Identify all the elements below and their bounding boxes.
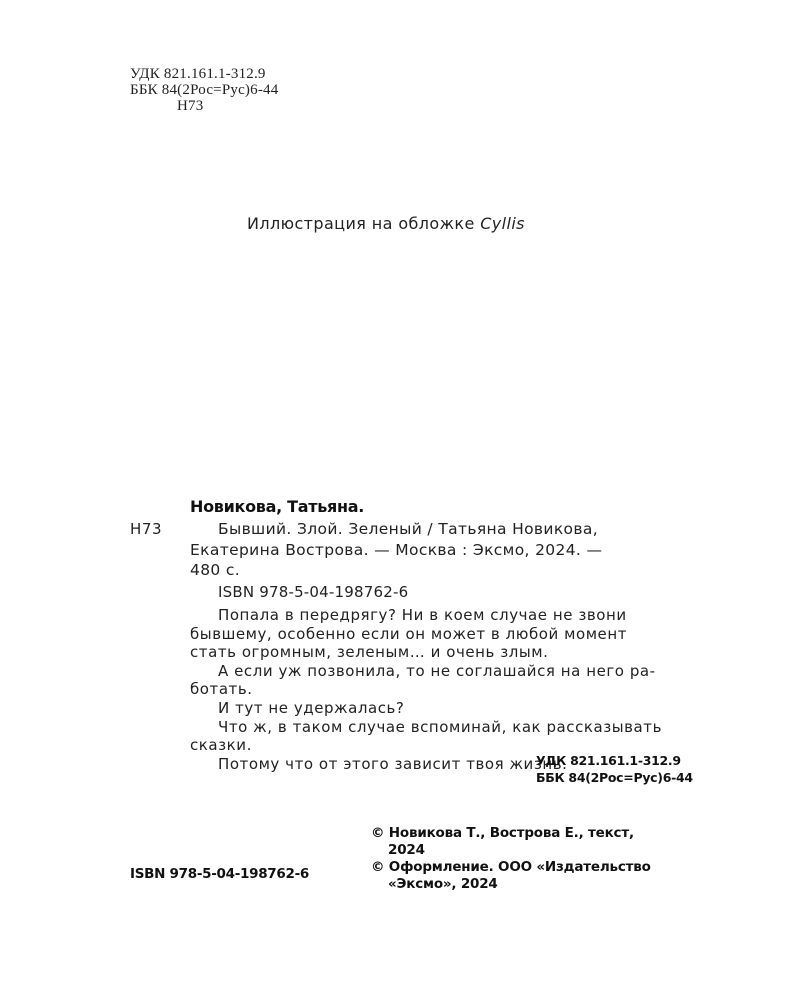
annotation-text: Попала в передрягу? Ни в коем случае не … bbox=[190, 606, 720, 773]
bib-line: 480 с. bbox=[190, 560, 720, 581]
bbk-code: ББК 84(2Рос=Рус)6-44 bbox=[130, 82, 278, 98]
author-heading: Новикова, Татьяна. bbox=[190, 497, 364, 516]
isbn-bottom: ISBN 978-5-04-198762-6 bbox=[130, 866, 309, 882]
entry-cutter-code: Н73 bbox=[130, 520, 162, 538]
copyright-block: © Новикова Т., Вострова Е., текст,2024© … bbox=[371, 825, 651, 893]
copyright-line: 2024 bbox=[371, 842, 651, 859]
bibliographic-description: Бывший. Злой. Зеленый / Татьяна Новикова… bbox=[190, 519, 720, 581]
annotation-line: И тут не удержалась? bbox=[190, 699, 720, 718]
annotation-line: ботать. bbox=[190, 680, 720, 699]
bib-line: Бывший. Злой. Зеленый / Татьяна Новикова… bbox=[190, 519, 720, 540]
copyright-line: «Эксмо», 2024 bbox=[371, 876, 651, 893]
annotation-line: бывшему, особенно если он может в любой … bbox=[190, 625, 720, 644]
copyright-line: © Оформление. ООО «Издательство bbox=[371, 859, 651, 876]
isbn-entry: ISBN 978-5-04-198762-6 bbox=[218, 583, 408, 601]
copyright-line: © Новикова Т., Вострова Е., текст, bbox=[371, 825, 651, 842]
cutter-code: Н73 bbox=[130, 98, 278, 114]
illustration-artist: Cyllis bbox=[480, 214, 525, 233]
illustration-credit: Иллюстрация на обложке Cyllis bbox=[247, 214, 525, 233]
bottom-classification-block: УДК 821.161.1-312.9 ББК 84(2Рос=Рус)6-44 bbox=[536, 752, 693, 786]
annotation-line: стать огромным, зеленым… и очень злым. bbox=[190, 643, 720, 662]
bib-line: Екатерина Вострова. — Москва : Эксмо, 20… bbox=[190, 540, 720, 561]
annotation-line: Что ж, в таком случае вспоминай, как рас… bbox=[190, 718, 720, 737]
bbk-code-bottom: ББК 84(2Рос=Рус)6-44 bbox=[536, 769, 693, 786]
illustration-credit-label: Иллюстрация на обложке bbox=[247, 214, 480, 233]
top-classification-block: УДК 821.161.1-312.9 ББК 84(2Рос=Рус)6-44… bbox=[130, 66, 278, 114]
annotation-line: Попала в передрягу? Ни в коем случае не … bbox=[190, 606, 720, 625]
annotation-line: А если уж позвонила, то не соглашайся на… bbox=[190, 662, 720, 681]
udk-code-bottom: УДК 821.161.1-312.9 bbox=[536, 752, 693, 769]
udk-code: УДК 821.161.1-312.9 bbox=[130, 66, 278, 82]
